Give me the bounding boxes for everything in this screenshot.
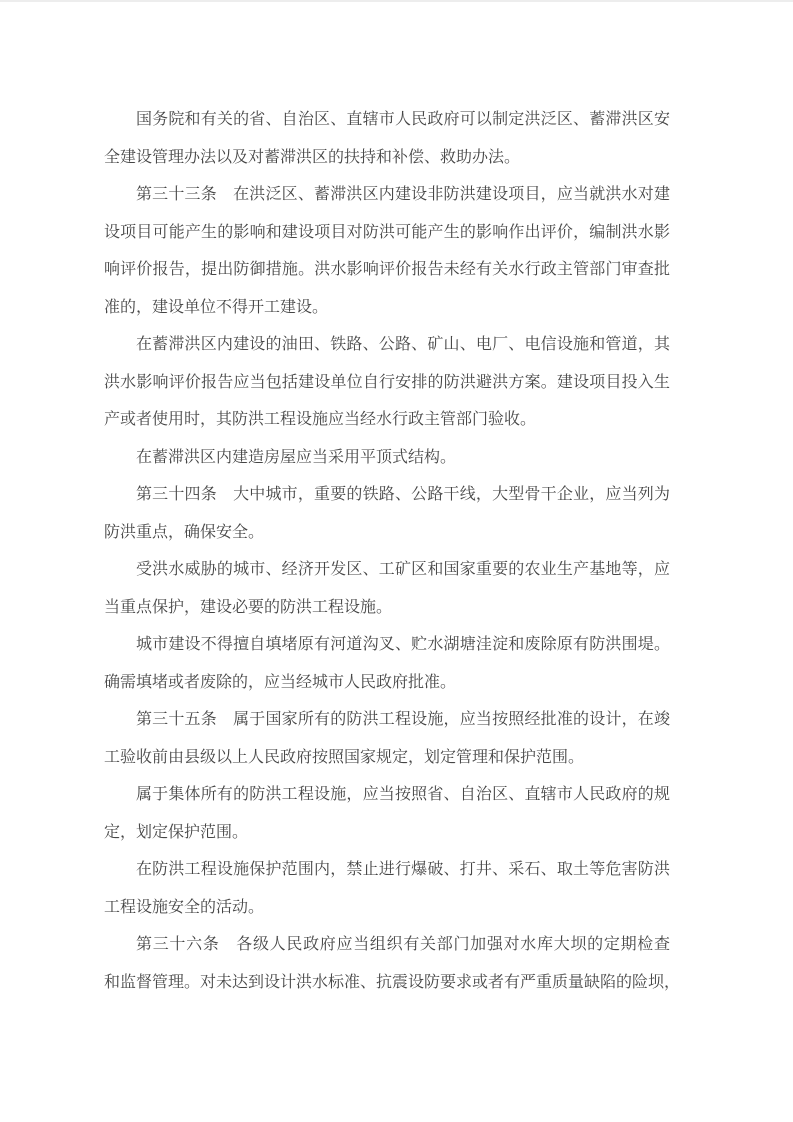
- text-line: 国务院和有关的省、自治区、直辖市人民政府可以制定洪泛区、蓄滞洪区安: [104, 100, 670, 138]
- text-line: 城市建设不得擅自填堵原有河道沟叉、贮水湖塘洼淀和废除原有防洪围堤。: [104, 625, 670, 663]
- text-line: 洪水影响评价报告应当包括建设单位自行安排的防洪避洪方案。建设项目投入生: [104, 363, 670, 401]
- paragraph: 属于集体所有的防洪工程设施，应当按照省、自治区、直辖市人民政府的规定，划定保护范…: [104, 775, 670, 850]
- paragraph: 在蓄滞洪区内建设的油田、铁路、公路、矿山、电厂、电信设施和管道，其洪水影响评价报…: [104, 325, 670, 438]
- paragraph: 第三十六条 各级人民政府应当组织有关部门加强对水库大坝的定期检查和监督管理。对未…: [104, 925, 670, 1000]
- text-line: 设项目可能产生的影响和建设项目对防洪可能产生的影响作出评价，编制洪水影: [104, 213, 670, 251]
- text-line: 准的，建设单位不得开工建设。: [104, 288, 670, 326]
- text-line: 响评价报告，提出防御措施。洪水影响评价报告未经有关水行政主管部门审查批: [104, 250, 670, 288]
- text-line: 全建设管理办法以及对蓄滞洪区的扶持和补偿、救助办法。: [104, 138, 670, 176]
- text-line: 工验收前由县级以上人民政府按照国家规定，划定管理和保护范围。: [104, 738, 670, 776]
- paragraph: 国务院和有关的省、自治区、直辖市人民政府可以制定洪泛区、蓄滞洪区安全建设管理办法…: [104, 100, 670, 175]
- paragraph: 第三十五条 属于国家所有的防洪工程设施，应当按照经批准的设计，在竣工验收前由县级…: [104, 700, 670, 775]
- text-line: 第三十四条 大中城市，重要的铁路、公路干线，大型骨干企业，应当列为: [104, 475, 670, 513]
- text-line: 防洪重点，确保安全。: [104, 513, 670, 551]
- paragraph: 城市建设不得擅自填堵原有河道沟叉、贮水湖塘洼淀和废除原有防洪围堤。确需填堵或者废…: [104, 625, 670, 700]
- text-line: 工程设施安全的活动。: [104, 888, 670, 926]
- paragraph: 第三十四条 大中城市，重要的铁路、公路干线，大型骨干企业，应当列为防洪重点，确保…: [104, 475, 670, 550]
- text-line: 产或者使用时，其防洪工程设施应当经水行政主管部门验收。: [104, 400, 670, 438]
- text-line: 确需填堵或者废除的，应当经城市人民政府批准。: [104, 663, 670, 701]
- text-line: 在蓄滞洪区内建设的油田、铁路、公路、矿山、电厂、电信设施和管道，其: [104, 325, 670, 363]
- text-line: 第三十三条 在洪泛区、蓄滞洪区内建设非防洪建设项目，应当就洪水对建: [104, 175, 670, 213]
- paragraph: 受洪水威胁的城市、经济开发区、工矿区和国家重要的农业生产基地等，应当重点保护，建…: [104, 550, 670, 625]
- text-line: 受洪水威胁的城市、经济开发区、工矿区和国家重要的农业生产基地等，应: [104, 550, 670, 588]
- text-line: 定，划定保护范围。: [104, 813, 670, 851]
- page-top-border: [0, 0, 793, 2]
- paragraph: 第三十三条 在洪泛区、蓄滞洪区内建设非防洪建设项目，应当就洪水对建设项目可能产生…: [104, 175, 670, 325]
- text-line: 属于集体所有的防洪工程设施，应当按照省、自治区、直辖市人民政府的规: [104, 775, 670, 813]
- paragraph: 在防洪工程设施保护范围内，禁止进行爆破、打井、采石、取土等危害防洪工程设施安全的…: [104, 850, 670, 925]
- text-line: 和监督管理。对未达到设计洪水标准、抗震设防要求或者有严重质量缺陷的险坝，: [104, 963, 670, 1001]
- text-line: 在蓄滞洪区内建造房屋应当采用平顶式结构。: [104, 438, 670, 476]
- paragraph: 在蓄滞洪区内建造房屋应当采用平顶式结构。: [104, 438, 670, 476]
- text-line: 第三十六条 各级人民政府应当组织有关部门加强对水库大坝的定期检查: [104, 925, 670, 963]
- text-line: 第三十五条 属于国家所有的防洪工程设施，应当按照经批准的设计，在竣: [104, 700, 670, 738]
- text-line: 当重点保护，建设必要的防洪工程设施。: [104, 588, 670, 626]
- text-line: 在防洪工程设施保护范围内，禁止进行爆破、打井、采石、取土等危害防洪: [104, 850, 670, 888]
- document-text-block: 国务院和有关的省、自治区、直辖市人民政府可以制定洪泛区、蓄滞洪区安全建设管理办法…: [104, 100, 670, 1000]
